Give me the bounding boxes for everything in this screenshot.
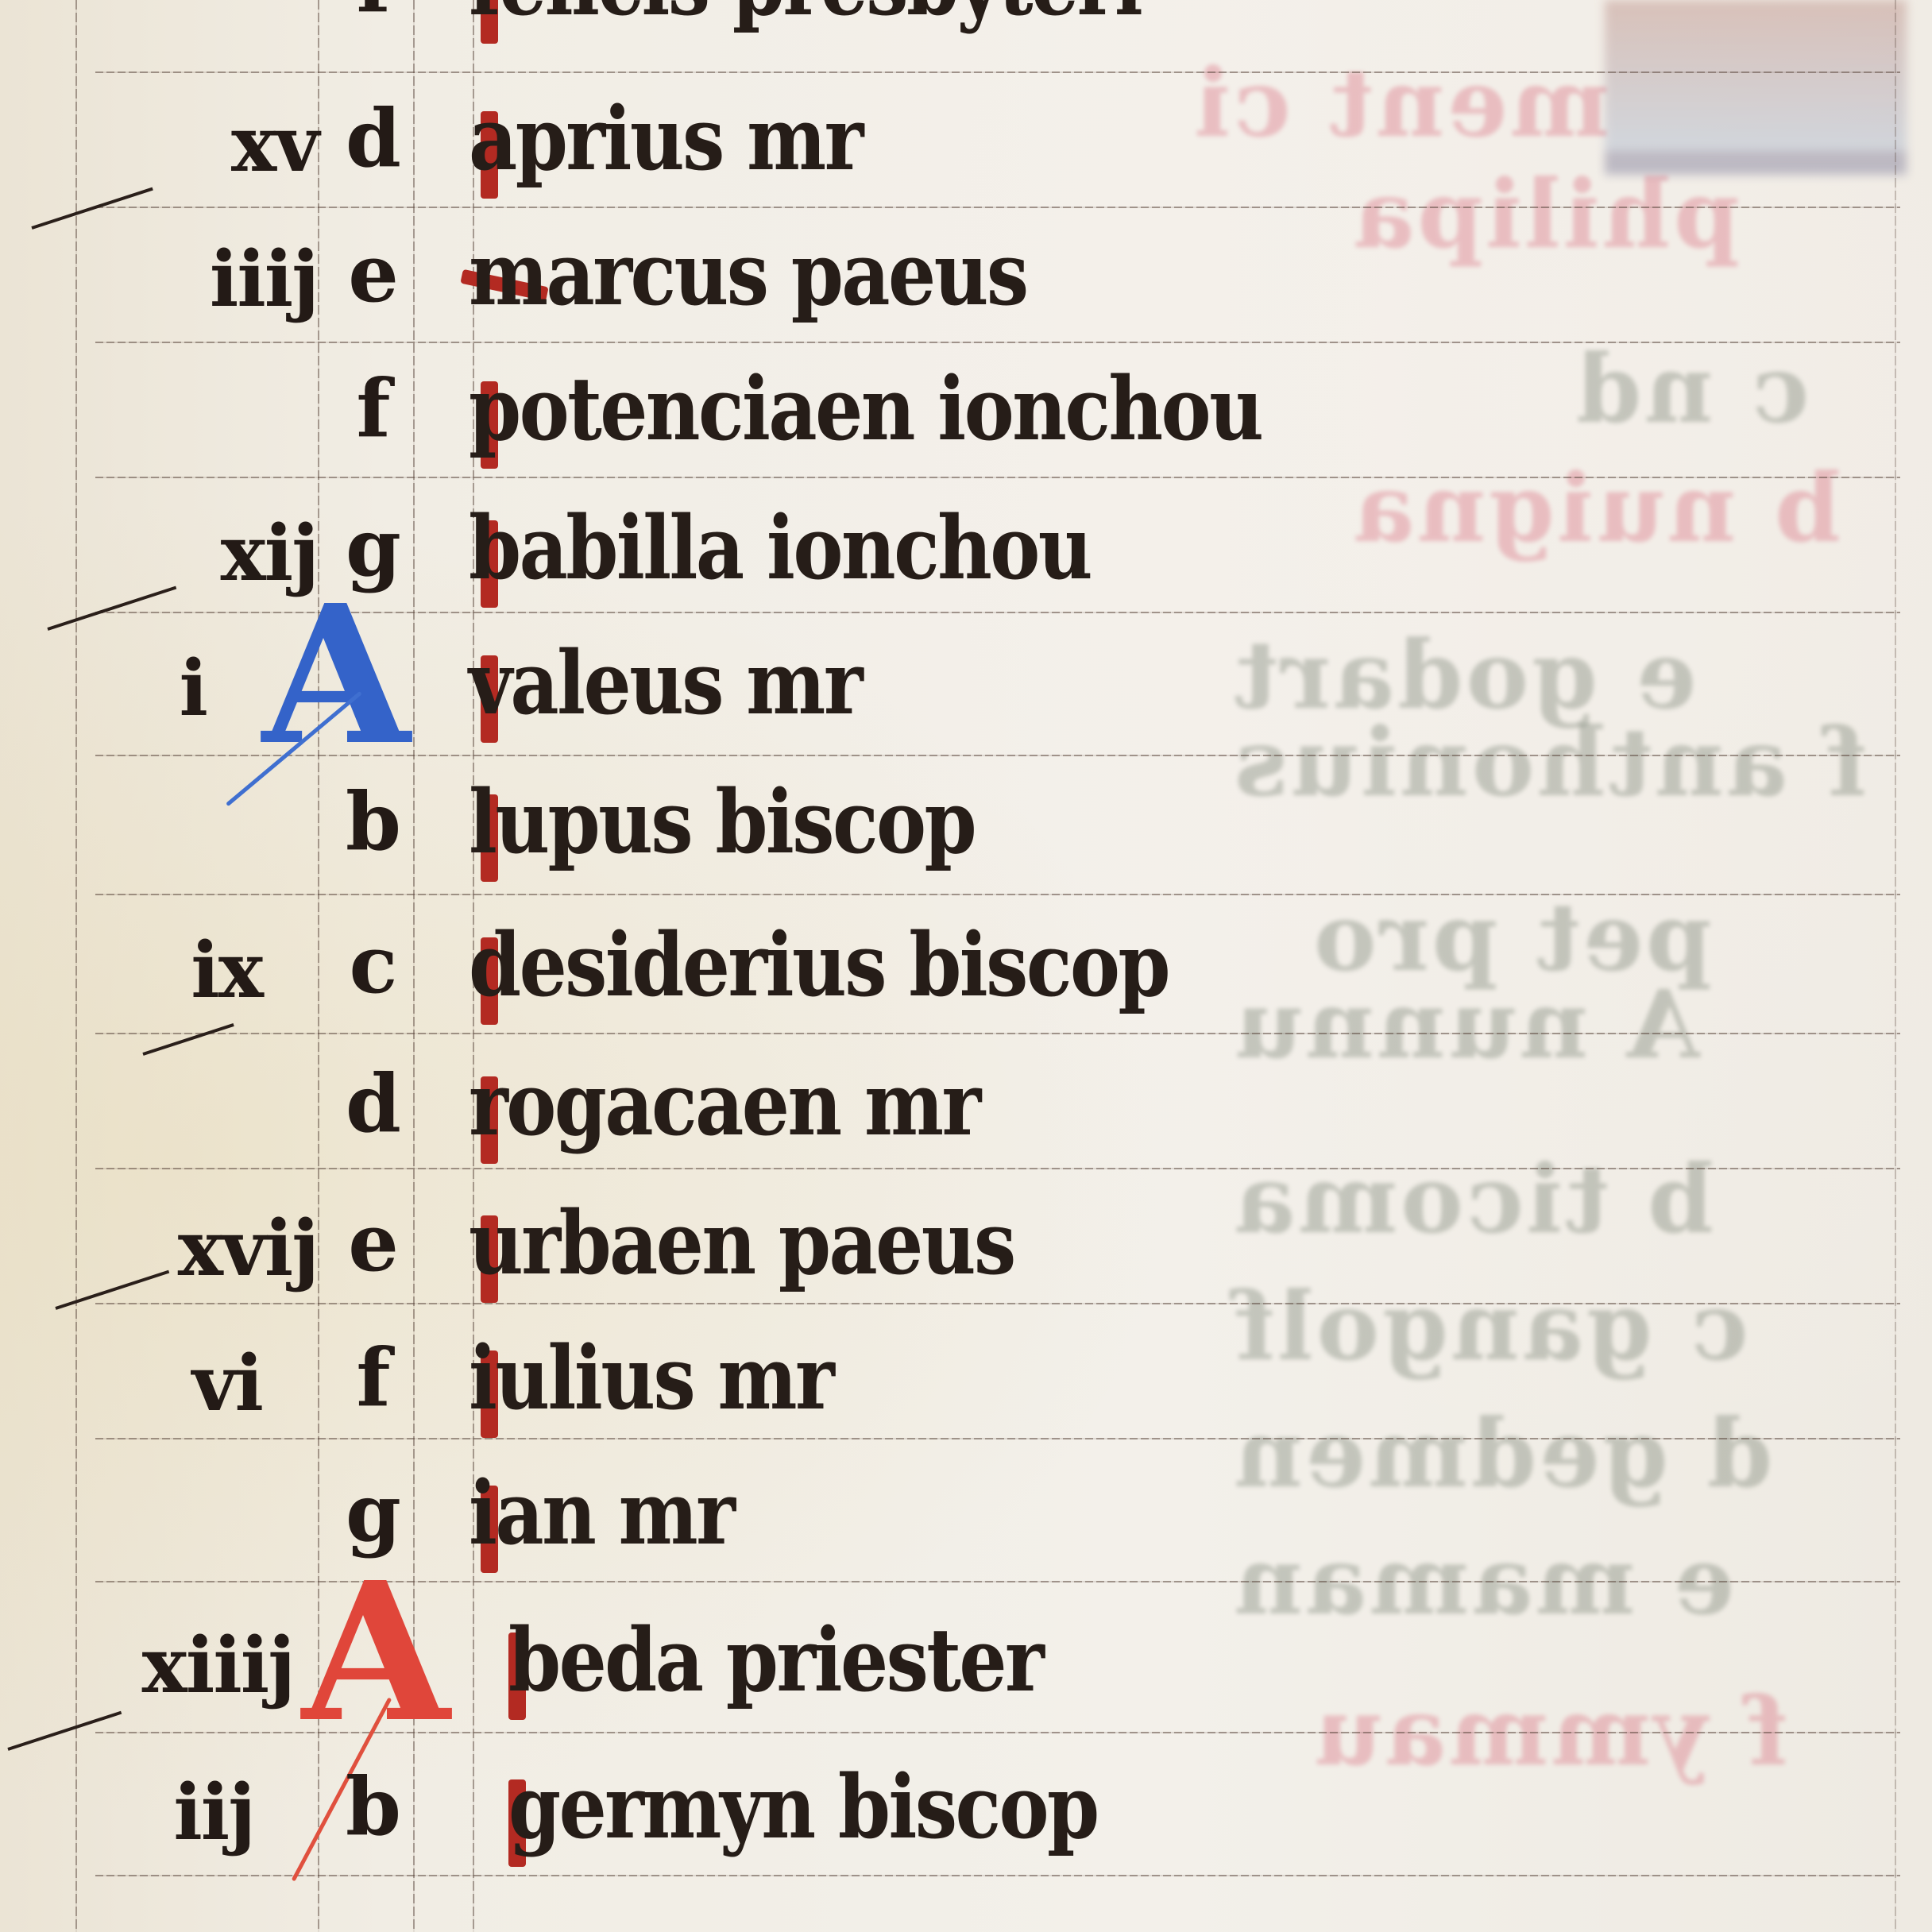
calendar-row: f felicis presbyteri (0, 0, 1932, 56)
saint-name: germyn biscop (508, 1756, 1098, 1858)
dominical-letter: g (326, 500, 421, 594)
golden-number: vi (0, 1339, 262, 1428)
calendar-row: xv d aprius mr (0, 68, 1932, 211)
golden-number: xvij (0, 1204, 318, 1293)
calendar-row: ix c desiderius biscop (0, 894, 1932, 1037)
saint-name: iulius mr (469, 1327, 833, 1429)
saint-name: urbaen paeus (469, 1192, 1014, 1294)
golden-number: xij (0, 508, 318, 598)
golden-number: xv (0, 99, 318, 189)
calendar-row: xij g babilla ionchou (0, 477, 1932, 620)
saint-name: lupus biscop (469, 771, 975, 873)
golden-number: iij (0, 1768, 254, 1857)
calendar-row: xiiij beda priester (0, 1589, 1932, 1732)
calendar-row: i valeus mr (0, 612, 1932, 755)
calendar-row: f potenciaen ionchou (0, 338, 1932, 481)
dominical-letter: f (326, 0, 421, 30)
manuscript-page: ment ci philipa c nd b nuigna e godart f… (0, 0, 1932, 1932)
saint-name: potenciaen ionchou (469, 357, 1262, 460)
dominical-letter: f (326, 1331, 421, 1424)
calendar-row: b lupus biscop (0, 751, 1932, 894)
dominical-letter: e (326, 226, 421, 320)
calendar-row: d rogacaen mr (0, 1033, 1932, 1176)
calendar-row: iiij e marcus paeus (0, 203, 1932, 346)
calendar-row: iij b germyn biscop (0, 1736, 1932, 1879)
dominical-letter: e (326, 1196, 421, 1289)
dominical-letter: c (326, 918, 421, 1011)
dominical-letter: b (326, 775, 421, 868)
dominical-letter: g (326, 1466, 421, 1559)
dominical-letter: b (326, 1760, 421, 1853)
saint-name: ian mr (469, 1462, 733, 1564)
golden-number: i (0, 643, 207, 733)
saint-name: felicis presbyteri (469, 0, 1141, 35)
saint-name: valeus mr (469, 632, 861, 734)
dominical-letter: d (326, 91, 421, 185)
golden-number: xiiij (0, 1621, 294, 1710)
calendar-row: vi f iulius mr (0, 1307, 1932, 1450)
saint-name: marcus paeus (469, 222, 1027, 325)
dominical-letter: d (326, 1057, 421, 1150)
saint-name: babilla ionchou (469, 497, 1091, 599)
calendar-row: g ian mr (0, 1442, 1932, 1585)
golden-number: ix (0, 925, 262, 1015)
saint-name: rogacaen mr (469, 1053, 980, 1155)
dominical-letter: f (326, 361, 421, 455)
golden-number: iiij (0, 234, 318, 324)
saint-name: desiderius biscop (469, 914, 1169, 1016)
calendar-row: xvij e urbaen paeus (0, 1172, 1932, 1315)
saint-name: beda priester (508, 1609, 1042, 1711)
saint-name: aprius mr (469, 87, 862, 190)
